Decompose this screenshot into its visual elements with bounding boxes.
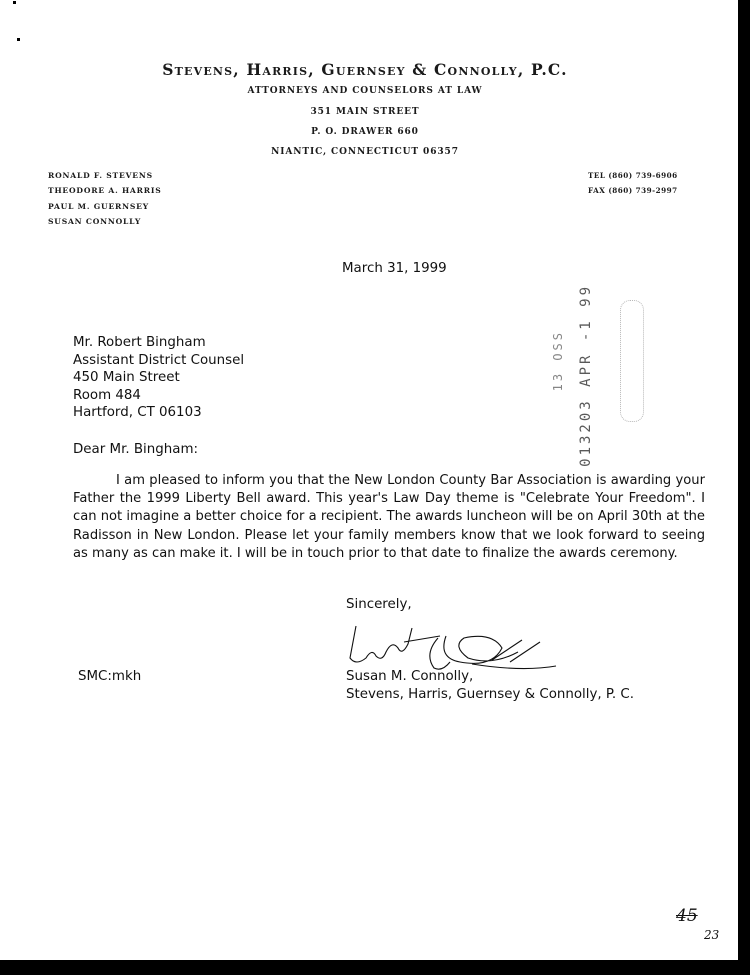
signature-image bbox=[342, 618, 562, 674]
firm-street: 351 MAIN STREET bbox=[0, 107, 730, 117]
partner-name: PAUL M. GUERNSEY bbox=[48, 199, 161, 214]
scan-speck bbox=[13, 1, 16, 4]
recipient-city: Hartford, CT 06103 bbox=[73, 404, 244, 422]
letter-body: I am pleased to inform you that the New … bbox=[73, 472, 705, 563]
partner-name: SUSAN CONNOLLY bbox=[48, 214, 161, 229]
fax: FAX (860) 739-2997 bbox=[588, 183, 678, 198]
received-stamp: 013203 APR -1 99 bbox=[578, 284, 594, 467]
scan-border-bottom bbox=[0, 960, 750, 975]
firm-po-box: P. O. DRAWER 660 bbox=[0, 127, 730, 137]
telephone: TEL (860) 739-6906 bbox=[588, 168, 678, 183]
typist-initials: SMC:mkh bbox=[78, 668, 141, 686]
recipient-address: Mr. Robert Bingham Assistant District Co… bbox=[73, 334, 244, 422]
recipient-title: Assistant District Counsel bbox=[73, 352, 244, 370]
received-stamp-secondary: 13 OSS bbox=[551, 330, 565, 391]
firm-city: NIANTIC, CONNECTICUT 06357 bbox=[0, 147, 730, 157]
closing: Sincerely, bbox=[346, 596, 412, 614]
partners-list: RONALD F. STEVENS THEODORE A. HARRIS PAU… bbox=[48, 168, 161, 229]
recipient-room: Room 484 bbox=[73, 387, 244, 405]
recipient-name: Mr. Robert Bingham bbox=[73, 334, 244, 352]
contact-info: TEL (860) 739-6906 FAX (860) 739-2997 bbox=[588, 168, 678, 199]
partner-name: THEODORE A. HARRIS bbox=[48, 183, 161, 198]
circular-stamp-mark bbox=[620, 300, 644, 422]
scan-speck bbox=[17, 38, 20, 41]
letter-date: March 31, 1999 bbox=[342, 260, 447, 278]
scan-border-right bbox=[738, 0, 750, 975]
signer-firm: Stevens, Harris, Guernsey & Connolly, P.… bbox=[346, 686, 634, 704]
firm-subtitle: ATTORNEYS AND COUNSELORS AT LAW bbox=[0, 86, 730, 96]
signer-name: Susan M. Connolly, bbox=[346, 668, 473, 686]
crossed-out-number: 45 bbox=[676, 906, 698, 926]
salutation: Dear Mr. Bingham: bbox=[73, 441, 198, 459]
partner-name: RONALD F. STEVENS bbox=[48, 168, 161, 183]
recipient-street: 450 Main Street bbox=[73, 369, 244, 387]
firm-name: Stevens, Harris, Guernsey & Connolly, P.… bbox=[0, 60, 730, 79]
page-number: 23 bbox=[704, 928, 719, 942]
